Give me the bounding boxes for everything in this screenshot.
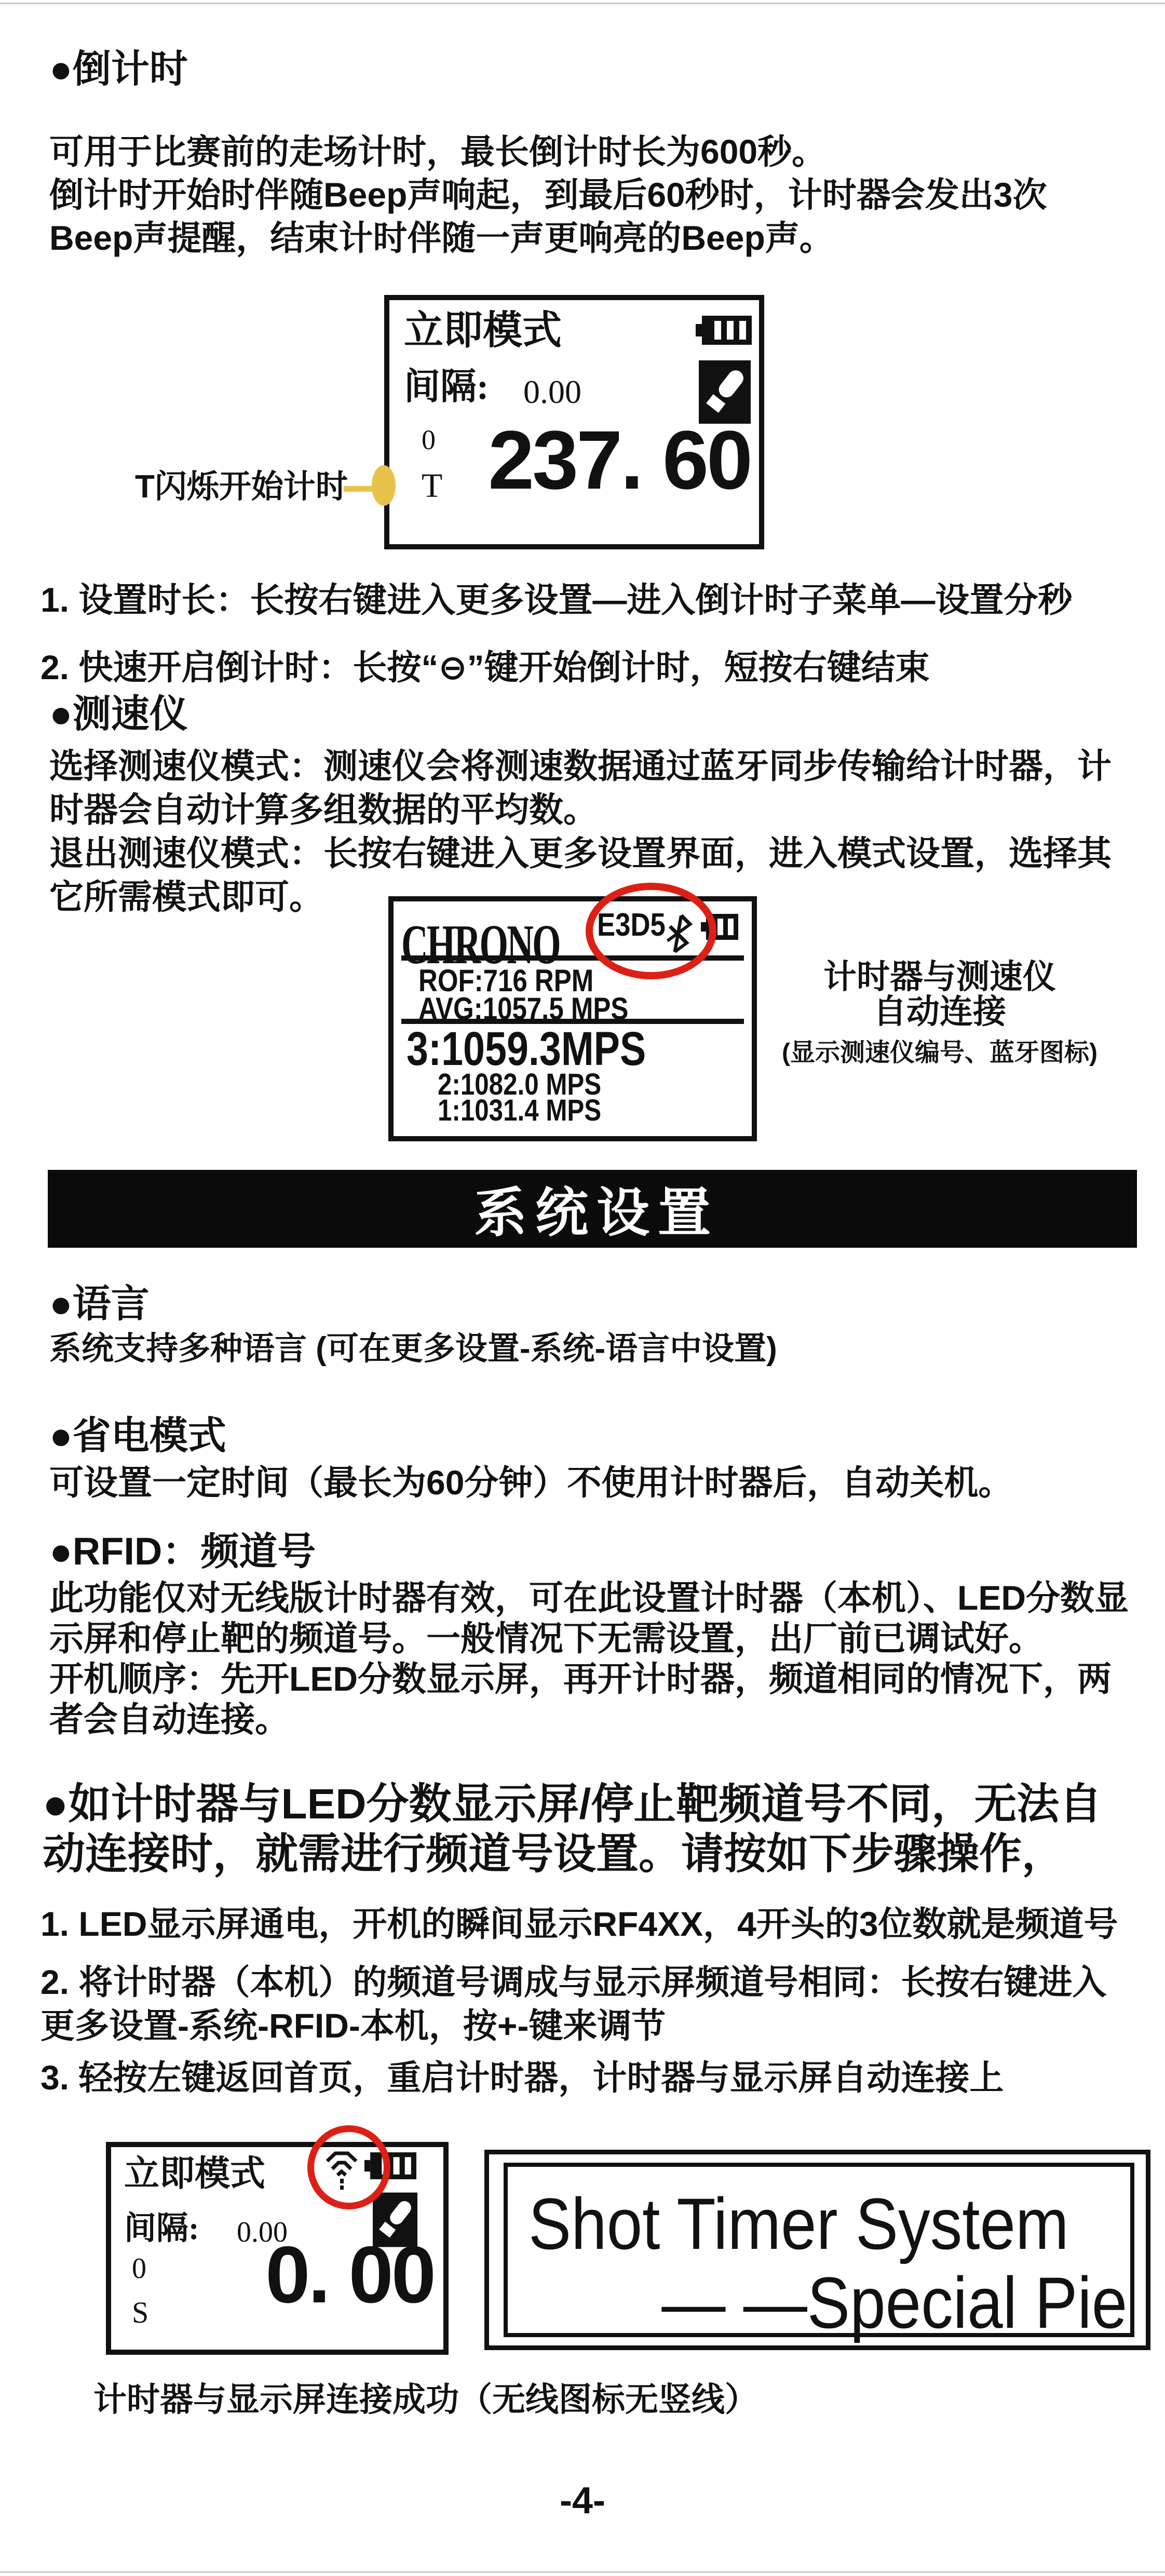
chrono-para-line: 它所需模式即可。 [49, 878, 323, 917]
interval-value: 0.00 [523, 373, 581, 411]
power-save-body: 可设置一定时间（最长为60分钟）不使用计时器后，自动关机。 [49, 1463, 1012, 1503]
channel-setup-heading: ●如计时器与LED分数显示屏/停止靶频道号不同，无法自 [43, 1780, 1102, 1829]
seconds-unit-label: S [132, 2296, 148, 2330]
system-settings-banner: 系统设置 [48, 1170, 1137, 1248]
shot-count: 0 [132, 2252, 146, 2285]
chrono-shot1: 1:1031.4 MPS [438, 1096, 601, 1126]
chrono-caption-line: 自动连接 [768, 993, 1111, 1031]
countdown-step: 1. 设置时长：长按右键进入更多设置—进入倒计时子菜单—设置分秒 [40, 581, 1072, 620]
rfid-body-line: 此功能仅对无线版计时器有效，可在此设置计时器（本机）、LED分数显 [49, 1579, 1129, 1618]
connection-success-caption: 计时器与显示屏连接成功（无线图标无竖线） [52, 2381, 800, 2419]
channel-setup-step: 更多设置-系统-RFID-本机，按+-键来调节 [40, 2006, 666, 2046]
countdown-time-value: 237. 60 [488, 419, 751, 502]
rfid-body-line: 开机顺序：先开LED分数显示屏，再开计时器，频道相同的情况下，两 [49, 1660, 1112, 1699]
countdown-para-line: Beep声提醒，结束计时伴随一声更响亮的Beep声。 [49, 219, 834, 258]
chrono-caption-line: 计时器与测速仪 [768, 958, 1111, 996]
interval-label: 间隔: [124, 2210, 199, 2247]
chrono-title: ●测速仪 [49, 692, 188, 736]
channel-setup-step: 3. 轻按左键返回首页，重启计时器，计时器与显示屏自动连接上 [40, 2058, 1004, 2098]
banner-title: 系统设置 [466, 1171, 719, 1247]
rfid-title: ●RFID：频道号 [49, 1529, 316, 1573]
highlight-circle-device-id [586, 883, 716, 979]
countdown-para-line: 倒计时开始时伴随Beep声响起，到最后60秒时，计时器会发出3次 [49, 176, 1047, 215]
language-title: ●语言 [49, 1282, 150, 1326]
rfid-body-line: 者会自动连接。 [49, 1700, 289, 1739]
timer-value: 0. 00 [265, 2234, 434, 2315]
chrono-para-line: 选择测速仪模式：测速仪会将测速数据通过蓝牙同步传输给计时器，计 [49, 747, 1112, 786]
annotation-callout-dot [372, 465, 396, 506]
rfid-body-line: 示屏和停止靶的频道号。一般情况下无需设置，出厂前已调试好。 [49, 1619, 1043, 1658]
t-row-label: T [422, 466, 442, 506]
timer-screen-countdown: 立即模式 间隔: 0.00 0 T 237. 60 [384, 295, 764, 549]
countdown-step: 2. 快速开启倒计时：长按“⊖”键开始倒计时，短按右键结束 [40, 648, 930, 687]
annotation-callout-line [344, 486, 374, 492]
page-bottom-edge [0, 2571, 1165, 2573]
highlight-circle-wireless-icon [307, 2125, 390, 2209]
shot-count: 0 [422, 424, 436, 456]
countdown-title: ●倒计时 [49, 47, 188, 91]
channel-setup-step: 1. LED显示屏通电，开机的瞬间显示RF4XX，4开头的3位数就是频道号 [40, 1905, 1118, 1944]
battery-icon [696, 315, 752, 346]
page-top-edge [0, 3, 1165, 4]
timer-screen-connected: 立即模式 间隔: 0.00 0 S 0. 00 [106, 2142, 449, 2355]
channel-setup-heading: 动连接时，就需进行频道号设置。请按如下步骤操作， [43, 1830, 1064, 1879]
led-display-line2: — —Special Pie [661, 2267, 1127, 2339]
page-number: -4- [0, 2479, 1165, 2523]
screen-mode-label: 立即模式 [124, 2153, 265, 2194]
language-body: 系统支持多种语言 (可在更多设置-系统-语言中设置) [49, 1330, 777, 1367]
interval-label: 间隔: [404, 367, 489, 409]
screen-mode-label: 立即模式 [404, 308, 562, 354]
chrono-shot3: 3:1059.3MPS [407, 1025, 646, 1073]
led-display-inner-frame: Shot Timer System — —Special Pie [504, 2163, 1134, 2337]
channel-setup-step: 2. 将计时器（本机）的频道号调成与显示屏频道号相同：长按右键进入 [40, 1963, 1106, 2002]
chrono-para-line: 退出测速仪模式：长按右键进入更多设置界面，进入模式设置，选择其 [49, 834, 1112, 873]
manual-page: ●倒计时 可用于比赛前的走场计时，最长倒计时长为600秒。 倒计时开始时伴随Be… [0, 0, 1165, 2576]
countdown-para-line: 可用于比赛前的走场计时，最长倒计时长为600秒。 [49, 132, 826, 172]
chrono-para-line: 时器会自动计算多组数据的平均数。 [49, 790, 598, 830]
blink-annotation-label: T闪烁开始计时 [135, 468, 348, 505]
chrono-caption-note: (显示测速仪编号、蓝牙图标) [753, 1039, 1127, 1067]
led-display-line1: Shot Timer System [529, 2188, 1069, 2260]
power-save-title: ●省电模式 [49, 1413, 226, 1458]
led-score-display: Shot Timer System — —Special Pie [484, 2150, 1150, 2350]
